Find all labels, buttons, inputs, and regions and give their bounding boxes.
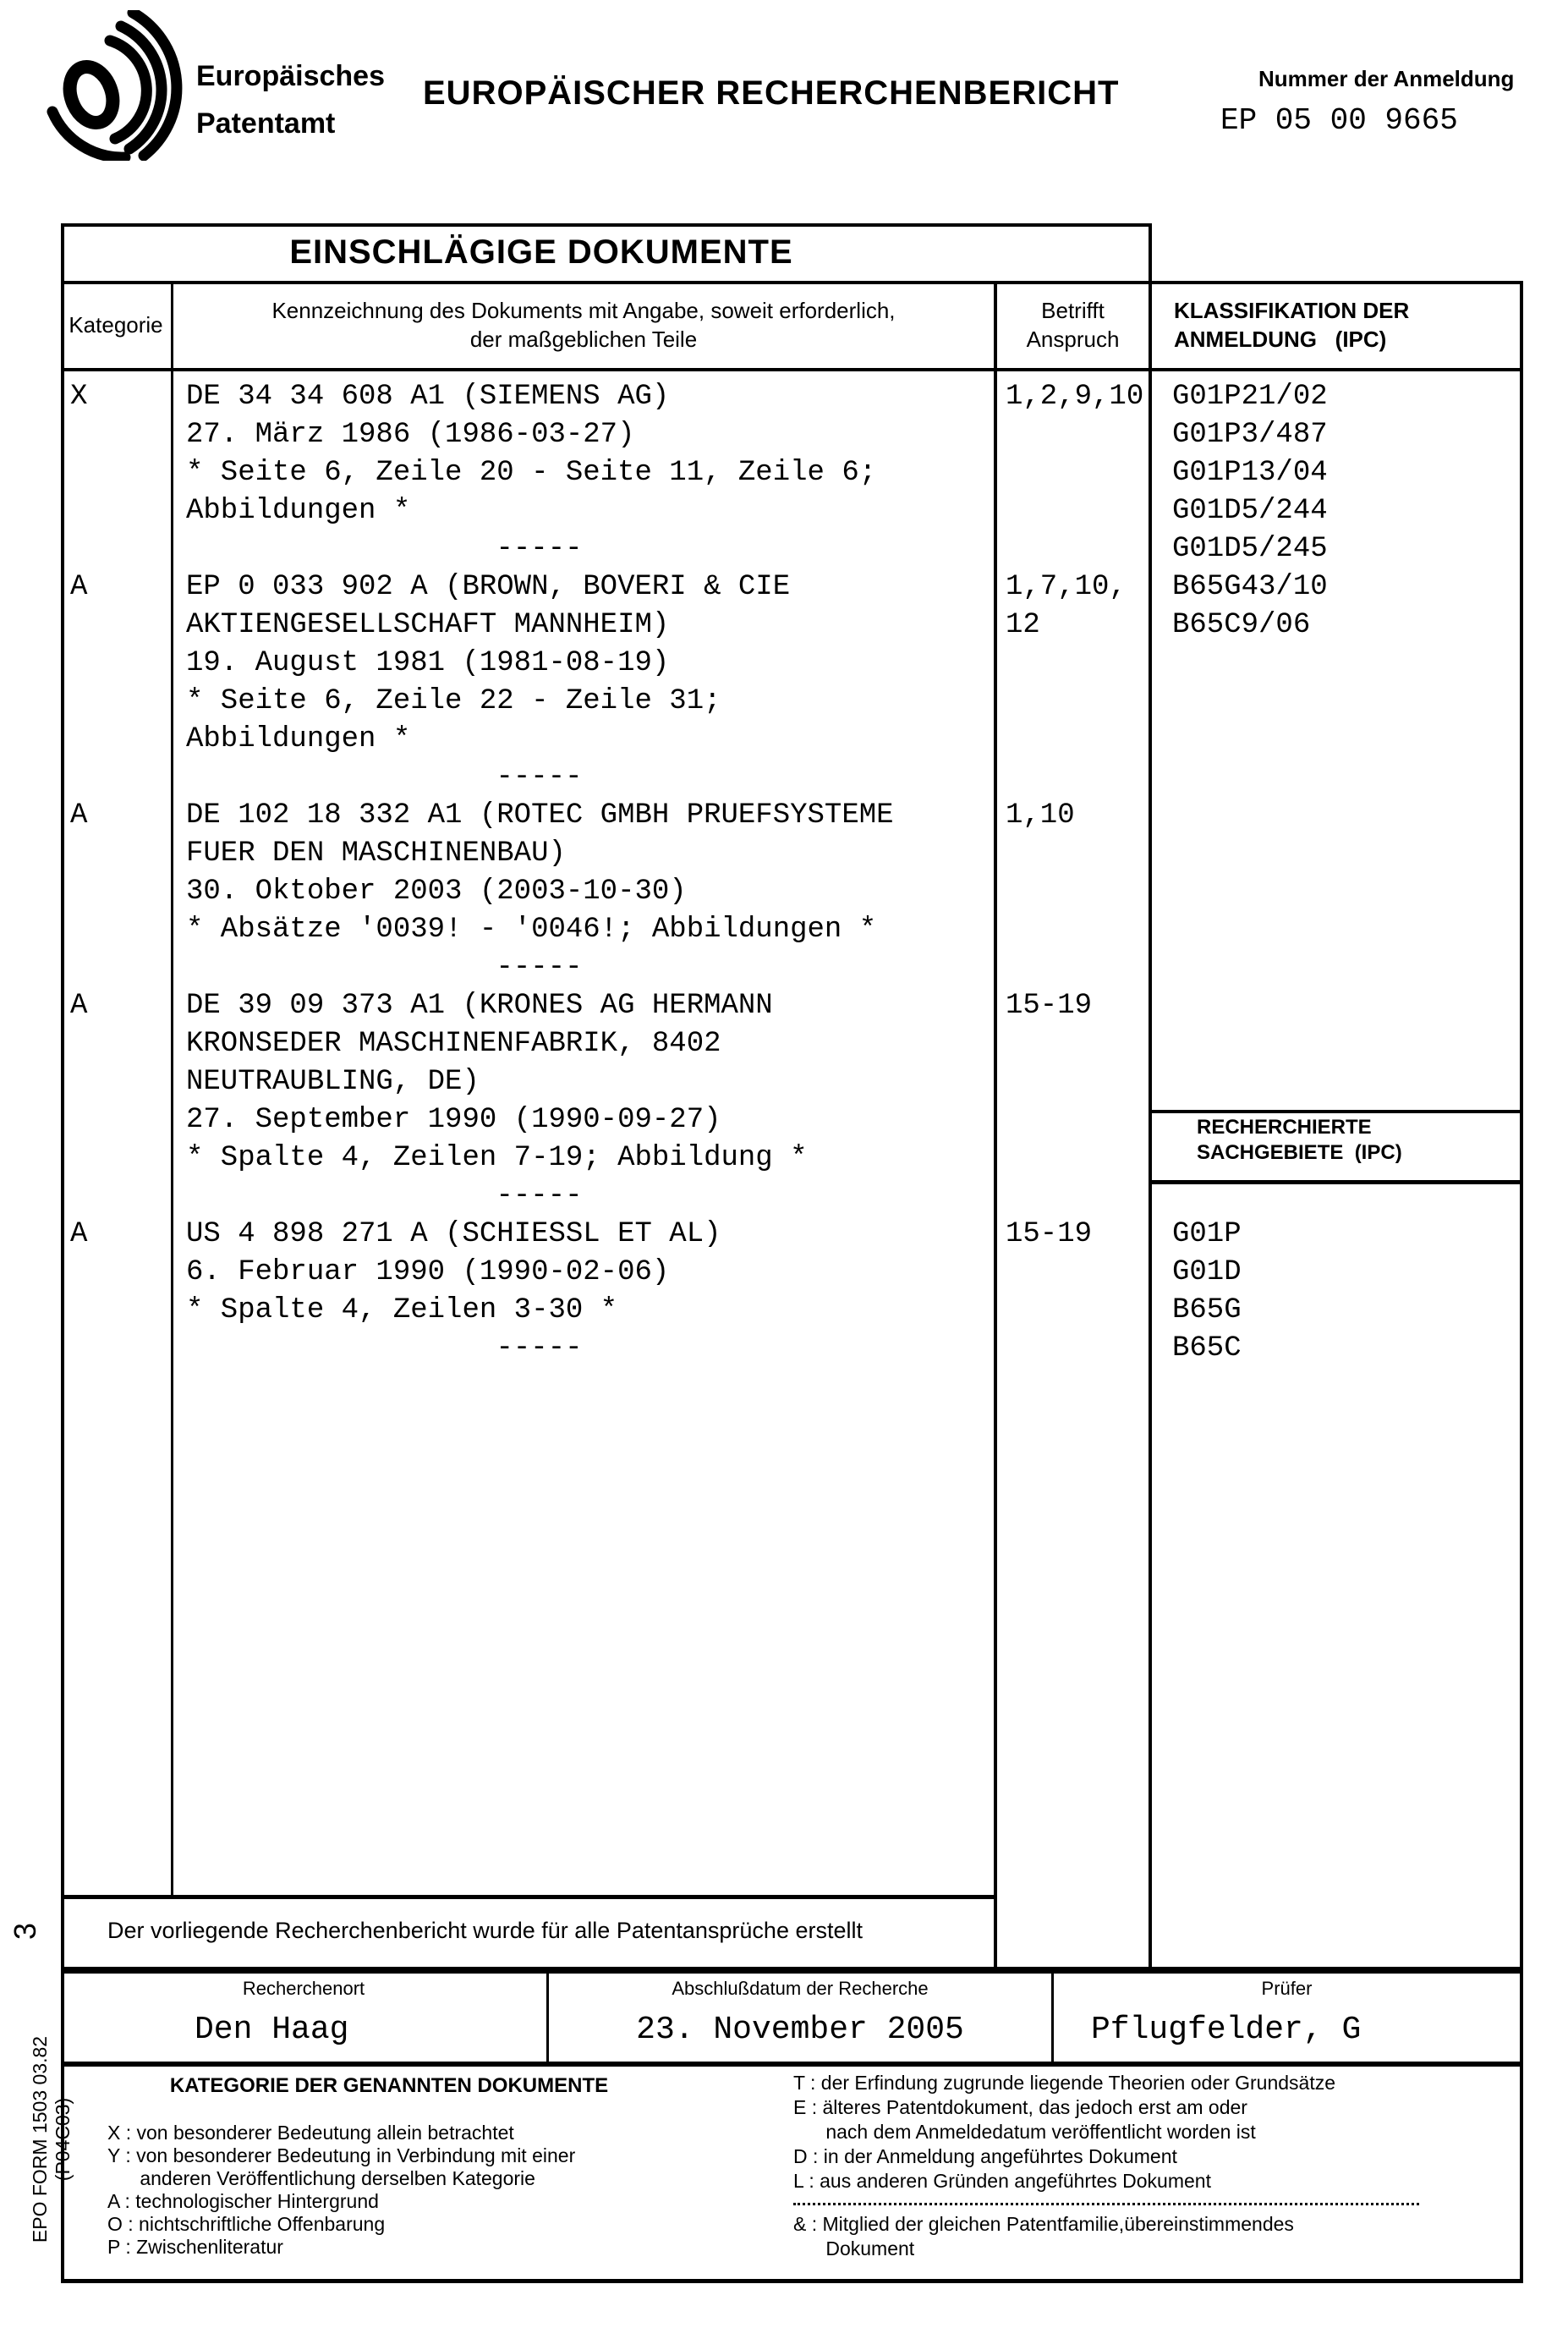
citation-entry: US 4 898 271 A (SCHIESSL ET AL) 6. Febru… bbox=[186, 1216, 994, 1368]
citation-line: 19. August 1981 (1981-08-19) bbox=[186, 645, 994, 683]
entry-claims: 1,7,10, bbox=[994, 568, 1146, 607]
citation-line: * Seite 6, Zeile 22 - Zeile 31; bbox=[186, 683, 994, 721]
legend-item-p: P : Zwischenliteratur bbox=[107, 2236, 575, 2259]
citation-line: 27. September 1990 (1990-09-27) bbox=[186, 1101, 994, 1139]
citation-line: KRONSEDER MASCHINENFABRIK, 8402 bbox=[186, 1025, 994, 1063]
search-date-label: Abschlußdatum der Recherche bbox=[549, 1978, 1051, 2000]
searched-field-item: G01D bbox=[1172, 1254, 1242, 1292]
citation-header-line2: der maßgeblichen Teile bbox=[470, 325, 697, 354]
citation-line: * Spalte 4, Zeilen 7-19; Abbildung * bbox=[186, 1139, 994, 1178]
classification-header-line1: KLASSIFIKATION DER bbox=[1174, 296, 1409, 325]
citation-line: DE 39 09 373 A1 (KRONES AG HERMANN bbox=[186, 987, 994, 1025]
citation-line: 30. Oktober 2003 (2003-10-30) bbox=[186, 873, 994, 911]
legend-dotted-divider bbox=[793, 2203, 1419, 2205]
legend-item-y-continued: anderen Veröffentlichung derselben Kateg… bbox=[107, 2167, 575, 2190]
legend-item-t: T : der Erfindung zugrunde liegende Theo… bbox=[793, 2071, 1419, 2095]
legend-item-family: & : Mitglied der gleichen Patentfamilie,… bbox=[793, 2212, 1419, 2237]
citation-entry: DE 102 18 332 A1 (ROTEC GMBH PRUEFSYSTEM… bbox=[186, 797, 994, 987]
classification-column: G01P21/02 G01P3/487 G01P13/04 G01D5/244 … bbox=[1149, 378, 1328, 645]
citation-line: AKTIENGESELLSCHAFT MANNHEIM) bbox=[186, 607, 994, 645]
claims-header-line1: Betrifft bbox=[1041, 296, 1105, 325]
legend-title: KATEGORIE DER GENANNTEN DOKUMENTE bbox=[123, 2074, 655, 2098]
search-report-page: Europäisches Patentamt EUROPÄISCHER RECH… bbox=[0, 0, 1568, 2328]
column-header-claims: Betrifft Anspruch bbox=[997, 281, 1149, 368]
page-number: 3 bbox=[8, 1923, 43, 1940]
citation-line: Abbildungen * bbox=[186, 721, 994, 759]
citation-line: 6. Februar 1990 (1990-02-06) bbox=[186, 1254, 994, 1292]
table-content: X A A A A DE 34 34 608 A1 (SIEMENS AG) 2… bbox=[61, 368, 1520, 1895]
legend-item-o: O : nichtschriftliche Offenbarung bbox=[107, 2213, 575, 2236]
entry-category: A bbox=[70, 1216, 87, 1254]
entry-separator: ----- bbox=[186, 759, 994, 797]
classification-item: G01P3/487 bbox=[1172, 416, 1328, 454]
entry-claims: 1,2,9,10 bbox=[994, 378, 1146, 416]
searched-field-item: B65G bbox=[1172, 1292, 1242, 1330]
entry-separator: ----- bbox=[186, 949, 994, 987]
legend-item-e: E : älteres Patentdokument, das jedoch e… bbox=[793, 2095, 1419, 2120]
entry-separator: ----- bbox=[186, 530, 994, 568]
legend-item-y: Y : von besonderer Bedeutung in Verbindu… bbox=[107, 2144, 575, 2167]
classification-item: B65G43/10 bbox=[1172, 568, 1328, 607]
classification-header-line2: ANMELDUNG (IPC) bbox=[1174, 325, 1386, 354]
entry-separator: ----- bbox=[186, 1330, 994, 1368]
application-number-label: Nummer der Anmeldung bbox=[1258, 66, 1514, 92]
entry-separator: ----- bbox=[186, 1178, 994, 1216]
examiner-value: Pflugfelder, G bbox=[1091, 2012, 1361, 2048]
searched-fields-label-line1: RECHERCHIERTE bbox=[1197, 1115, 1518, 1140]
office-name-line2: Patentamt bbox=[196, 100, 385, 147]
column-header-category: Kategorie bbox=[61, 281, 171, 368]
entry-category: A bbox=[70, 987, 87, 1025]
citation-entry: DE 34 34 608 A1 (SIEMENS AG) 27. März 19… bbox=[186, 378, 994, 568]
column-header-citation: Kennzeichnung des Dokuments mit Angabe, … bbox=[173, 281, 994, 368]
column-header-category-label: Kategorie bbox=[69, 310, 162, 339]
table-title: EINSCHLÄGIGE DOKUMENTE bbox=[61, 223, 1149, 281]
legend-item-a: A : technologischer Hintergrund bbox=[107, 2190, 575, 2213]
table-right-border bbox=[1520, 281, 1523, 2283]
citation-line: US 4 898 271 A (SCHIESSL ET AL) bbox=[186, 1216, 994, 1254]
search-date-value: 23. November 2005 bbox=[549, 2012, 1051, 2048]
citation-line: * Absätze '0039! - '0046!; Abbildungen * bbox=[186, 911, 994, 949]
legend-bottom-border bbox=[61, 2279, 1523, 2283]
column-header-classification: KLASSIFIKATION DER ANMELDUNG (IPC) bbox=[1152, 281, 1520, 368]
searched-fields-column: G01P G01D B65G B65C bbox=[1149, 1216, 1242, 1368]
claims-header-line2: Anspruch bbox=[1027, 325, 1120, 354]
classification-item: G01D5/244 bbox=[1172, 492, 1328, 530]
legend-top-border bbox=[61, 2062, 1523, 2067]
classification-item: G01P13/04 bbox=[1172, 454, 1328, 492]
legend-left-column: X : von besonderer Bedeutung allein betr… bbox=[107, 2122, 575, 2259]
legend-item-family-continued: Dokument bbox=[793, 2237, 1419, 2261]
legend-item-e-continued: nach dem Anmeldedatum veröffentlicht wor… bbox=[793, 2120, 1419, 2144]
searched-field-item: B65C bbox=[1172, 1330, 1242, 1368]
classification-item: G01P21/02 bbox=[1172, 378, 1328, 416]
citation-line: DE 102 18 332 A1 (ROTEC GMBH PRUEFSYSTEM… bbox=[186, 797, 994, 835]
search-place-value: Den Haag bbox=[195, 2012, 348, 2048]
citation-line: NEUTRAUBLING, DE) bbox=[186, 1063, 994, 1101]
office-name: Europäisches Patentamt bbox=[196, 52, 385, 147]
entry-claims: 1,10 bbox=[994, 797, 1146, 835]
citation-column: DE 34 34 608 A1 (SIEMENS AG) 27. März 19… bbox=[171, 378, 994, 1368]
citation-line: EP 0 033 902 A (BROWN, BOVERI & CIE bbox=[186, 568, 994, 607]
searched-fields-label-line2: SACHGEBIETE (IPC) bbox=[1197, 1140, 1518, 1166]
citation-line: 27. März 1986 (1986-03-27) bbox=[186, 416, 994, 454]
entry-claims: 15-19 bbox=[994, 1216, 1146, 1254]
citation-line: * Seite 6, Zeile 20 - Seite 11, Zeile 6; bbox=[186, 454, 994, 492]
citation-line: Abbildungen * bbox=[186, 492, 994, 530]
office-name-line1: Europäisches bbox=[196, 52, 385, 100]
completeness-statement: Der vorliegende Recherchenbericht wurde … bbox=[61, 1895, 1003, 1967]
classification-item: G01D5/245 bbox=[1172, 530, 1328, 568]
entry-category: A bbox=[70, 568, 87, 607]
entry-category: X bbox=[70, 378, 87, 416]
form-identifier: EPO FORM 1503 03.82 (P04C03) bbox=[29, 2000, 52, 2279]
legend-right-column: T : der Erfindung zugrunde liegende Theo… bbox=[793, 2071, 1419, 2261]
entry-claims: 15-19 bbox=[994, 987, 1146, 1025]
citation-entry: DE 39 09 373 A1 (KRONES AG HERMANN KRONS… bbox=[186, 987, 994, 1216]
footer-top-border bbox=[61, 1967, 1523, 1974]
citation-line: * Spalte 4, Zeilen 3-30 * bbox=[186, 1292, 994, 1330]
legend-item-d: D : in der Anmeldung angeführtes Dokumen… bbox=[793, 2144, 1419, 2169]
entry-claims: 12 bbox=[994, 607, 1146, 645]
citation-line: DE 34 34 608 A1 (SIEMENS AG) bbox=[186, 378, 994, 416]
citation-line: FUER DEN MASCHINENBAU) bbox=[186, 835, 994, 873]
entry-category: A bbox=[70, 797, 87, 835]
legend-item-x: X : von besonderer Bedeutung allein betr… bbox=[107, 2122, 575, 2144]
report-title: EUROPÄISCHER RECHERCHENBERICHT bbox=[423, 74, 1119, 113]
examiner-label: Prüfer bbox=[1054, 1978, 1520, 2000]
classification-item: B65C9/06 bbox=[1172, 607, 1328, 645]
searched-field-item: G01P bbox=[1172, 1216, 1242, 1254]
search-place-label: Recherchenort bbox=[61, 1978, 546, 2000]
citation-header-line1: Kennzeichnung des Dokuments mit Angabe, … bbox=[271, 296, 895, 325]
legend-item-l: L : aus anderen Gründen angeführtes Doku… bbox=[793, 2169, 1419, 2193]
application-number: EP 05 00 9665 bbox=[1220, 103, 1458, 138]
epo-logo bbox=[41, 10, 184, 161]
citation-entry: EP 0 033 902 A (BROWN, BOVERI & CIE AKTI… bbox=[186, 568, 994, 797]
